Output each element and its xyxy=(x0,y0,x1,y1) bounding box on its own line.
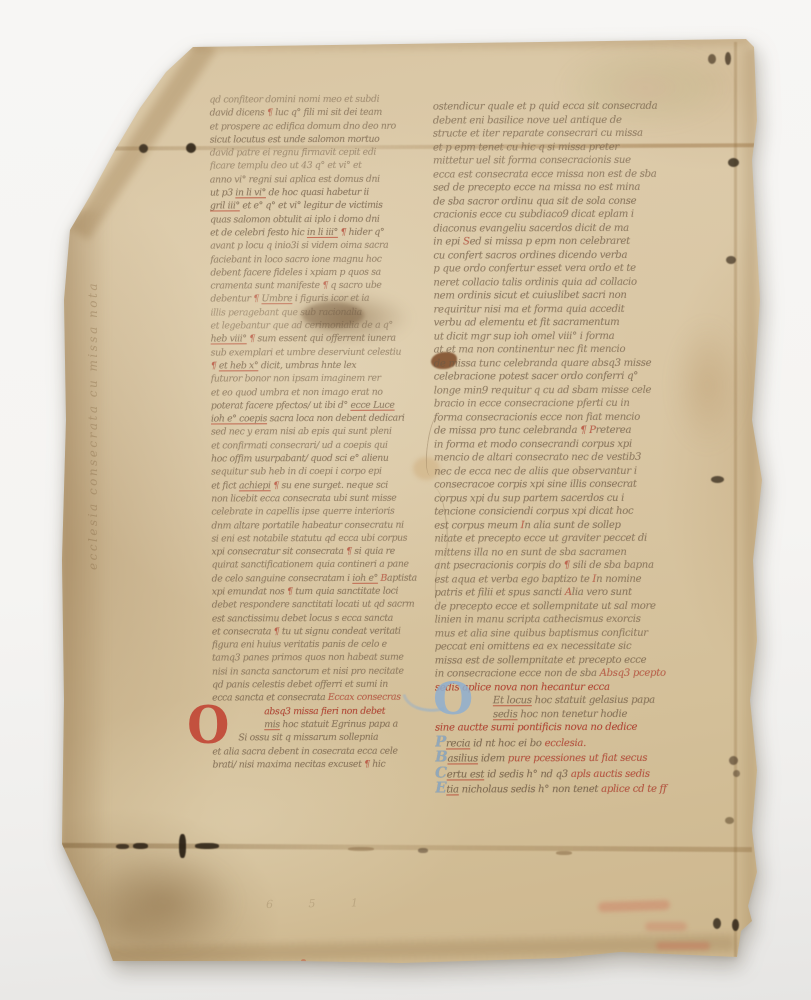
text-line: cracionis ecce cu subdiaco9 dicat eplam … xyxy=(433,208,713,222)
script-text: tia xyxy=(446,784,458,795)
script-text: heb viii° xyxy=(211,334,247,345)
script-text: mencio de altari consecrato nec de vesti… xyxy=(434,452,641,464)
script-text: qd confiteor domini nomi meo et subdi xyxy=(210,94,380,106)
script-text: mus et alia sine quibus baptismus confic… xyxy=(435,627,648,639)
text-line: poterat facere pfectos/ ut ibi d° ecce L… xyxy=(211,398,425,412)
text-line: non licebit ecca consecrata ubi sunt mis… xyxy=(211,491,425,505)
script-text: david patre ei regnu firmavit cepit edi xyxy=(210,147,376,159)
text-line: ant psecracionis corpis do ¶ sili de sba… xyxy=(434,559,714,573)
leaf-shadow-wrapper: ecclesia consecrata cu missa nota 6 5 1 … xyxy=(0,0,811,1000)
script-text: in forma et modo consecrandi corpus xpi xyxy=(434,438,632,450)
text-line: de sba sacror ordinu qua sit de sola con… xyxy=(433,194,713,208)
red-offset-ghost-3 xyxy=(656,942,710,950)
script-text: i figuris icor et ia xyxy=(292,293,369,304)
rubric-text: Eccax consecras xyxy=(328,692,401,703)
script-text: qd panis celestis debet offerri et sumi … xyxy=(212,679,388,691)
script-text: sicut locutus est unde salomon mortuo xyxy=(210,134,380,146)
text-line: bracio in ecce consecracione pferti cu i… xyxy=(434,397,714,411)
script-text: dicit, umbras hnte lex xyxy=(258,360,356,371)
text-line: xpi emundat nos ¶ tum quia sanctitate lo… xyxy=(212,585,426,599)
text-line: ficare templu deo ut 43 q° et vi° et xyxy=(210,159,424,173)
script-text: et de celebri festo hic xyxy=(210,227,307,238)
script-text: faciebant in loco sacro ione magnu hoc xyxy=(210,253,381,265)
edge-hole xyxy=(713,918,721,929)
fold-crease-vertical xyxy=(734,42,737,957)
script-text: id sedis h° nd q3 xyxy=(484,769,571,780)
text-line: Si ossu sit q missarum sollepnia xyxy=(212,731,426,745)
text-line: avant p locu q inio3i si videm oima sacr… xyxy=(210,239,424,253)
text-line: debent facere fideles i xpiam p quos sa xyxy=(210,265,424,279)
text-line: dnm altare portatile habeatur consecratu… xyxy=(211,518,425,532)
text-line: et alia sacra debent in cosecrata ecca c… xyxy=(212,744,426,758)
text-column-right: ostendicur quale et p quid ecca sit cons… xyxy=(433,100,715,797)
text-line: de missa tunc celebranda quare absq3 mis… xyxy=(434,356,714,370)
script-text: consecracoe corpis xpi sine illis consec… xyxy=(434,479,636,491)
red-initial-O: O xyxy=(187,703,229,749)
script-text: et consecrata xyxy=(212,626,274,637)
script-text: in epi xyxy=(433,236,463,247)
text-line: sub exemplari et umbre deserviunt celest… xyxy=(211,345,425,359)
rubric-text: pure pcessiones ut fiat secus xyxy=(508,753,647,764)
script-text: Luce xyxy=(373,399,395,410)
script-text: quas salomon obtulit ai iplo i domo dni xyxy=(210,213,379,225)
fold-crease-lower xyxy=(62,843,752,852)
text-line: linien in manu scripta cathecismus exorc… xyxy=(435,613,715,627)
script-text: de hoc quasi habetur ii xyxy=(266,187,369,198)
script-text: poterat facere pfectos/ ut ibi d° xyxy=(211,400,351,412)
script-text: nec de ecca nec de aliis que observantur… xyxy=(434,465,637,477)
script-text: achiepi xyxy=(239,480,271,491)
script-text: tu ut signu condeat veritati xyxy=(279,626,400,638)
text-line: Basilius idem pure pcessiones ut fiat se… xyxy=(435,750,715,766)
text-line: Precia id nt hoc ei bo ecclesia. xyxy=(435,734,715,750)
wormhole xyxy=(186,143,196,153)
corner-shade-bottom-left xyxy=(88,852,238,952)
text-line: heb viii° ¶ sum essent qui offerrent iun… xyxy=(211,332,425,346)
script-text: et e° q° et vi° legitur de victimis xyxy=(240,200,383,212)
script-text: est corpus meum xyxy=(434,520,520,531)
pen-trials: 6 5 1 xyxy=(266,896,374,911)
crease-mark xyxy=(556,851,572,855)
text-line: Certu est id sedis h° nd q3 apls auctis … xyxy=(435,765,715,781)
script-text: ecce xyxy=(350,400,373,411)
text-line: Etia nicholaus sedis h° non tenet aplice… xyxy=(435,781,715,797)
script-text: de precepto ecce et sollempnitate ut sal… xyxy=(435,600,656,612)
script-text: et heb x° xyxy=(219,360,258,371)
text-line: futuror bonor non ipsam imaginem rer xyxy=(211,372,425,386)
manuscript-leaf: ecclesia consecrata cu missa nota 6 5 1 … xyxy=(0,0,811,1000)
script-text: reterea xyxy=(596,425,632,436)
script-text: est sanctissimu debet locus s ecca sanct… xyxy=(212,612,393,624)
text-line: missa est de sollempnitate et precepto e… xyxy=(435,653,715,667)
text-line: et p epm tenet cu hic q si missa preter xyxy=(433,140,713,154)
text-line: nitate et precepto ecce ut graviter pecc… xyxy=(434,532,714,546)
wormhole xyxy=(139,144,148,153)
script-text: corpus xpi du sup partem sacerdos cu i xyxy=(434,492,624,504)
text-line: in consecracione ecce non de sba Absq3 p… xyxy=(435,667,715,681)
text-line: est sanctissimu debet locus s ecca sanct… xyxy=(212,611,426,625)
script-text: hoc statuit gelasius papa xyxy=(532,695,655,706)
text-line: de precepto ecce et sollempnitate ut sal… xyxy=(435,599,715,613)
script-text: avant p locu q inio3i si videm oima sacr… xyxy=(210,240,388,252)
red-offset-ghost-2 xyxy=(645,922,687,931)
text-line: sed de precepto ecce na missa no est min… xyxy=(433,181,713,195)
script-text: anno vi° regni sui aplica est domus dni xyxy=(210,174,380,186)
edge-hole xyxy=(732,919,739,931)
text-line: mittetur uel sit forma consecracionis su… xyxy=(433,154,713,168)
script-text: xpi consecratur sit consecrata xyxy=(211,546,346,558)
text-line: nem ordinis sicut et cuiuslibet sacri no… xyxy=(433,289,713,303)
text-line: celebracione potest sacer ordo conferri … xyxy=(434,370,714,384)
script-text: de missa pro tunc celebranda xyxy=(434,425,580,437)
script-text: nitate et precepto ecce ut graviter pecc… xyxy=(434,533,647,545)
script-text: et p epm tenet cu hic q si missa preter xyxy=(433,141,619,153)
script-text: de sba sacror ordinu qua sit de sola con… xyxy=(433,195,636,207)
script-text: sacra loca non debent dedicari xyxy=(267,413,405,425)
blue-initial-letter: C xyxy=(435,765,447,781)
script-text: p que ordo confertur esset vera ordo et … xyxy=(433,263,635,275)
text-line: gril iii° et e° q° et vi° legitur de vic… xyxy=(210,199,424,213)
text-line: faciebant in loco sacro ione magnu hoc xyxy=(210,252,424,266)
text-line: et de celebri festo hic in li iii° ¶ hid… xyxy=(210,226,424,240)
script-text: et prospere ac edifica domum dno deo nro xyxy=(210,120,396,132)
crease-slit xyxy=(418,848,428,853)
text-line: in forma et modo consecrandi corpus xpi xyxy=(434,437,714,451)
script-text: requiritur nisi ma et forma quia accedit xyxy=(433,303,624,315)
script-text: tencione consiciendi corpus xpi dicat ho… xyxy=(434,506,633,518)
script-text: n alia sunt de sollep xyxy=(524,519,620,530)
script-text: debentur xyxy=(210,294,253,305)
script-text: ioh e° coepis xyxy=(211,413,267,424)
text-line: in epi Sed si missa p epm non celebraret xyxy=(433,235,713,249)
text-line: mencio de altari consecrato nec de vesti… xyxy=(434,451,714,465)
text-line: sed nec y eram nisi ab epis qui sunt ple… xyxy=(211,425,425,439)
script-text: hoc non tenetur hodie xyxy=(517,708,627,719)
script-text: dnm altare portatile habeatur consecratu… xyxy=(211,519,403,531)
script-text: si eni est notabile statutu qd ecca ubi … xyxy=(211,532,407,544)
edge-hole xyxy=(725,52,731,65)
text-line: debet respondere sanctitati locati ut qd… xyxy=(212,598,426,612)
script-text: missa est de sollempnitate et precepto e… xyxy=(435,654,647,666)
script-text: ertu est xyxy=(447,769,484,780)
script-text: n nomine xyxy=(596,573,641,584)
rubric-text: ¶ P xyxy=(580,425,596,436)
text-line: quirat sanctificationem quia contineri a… xyxy=(212,558,426,572)
script-text: sedis xyxy=(493,709,518,720)
text-line: sequitur sub heb in di coepi i corpo epi xyxy=(211,465,425,479)
marginalia-vertical-note: ecclesia consecrata cu missa nota xyxy=(86,240,100,570)
text-line: xpi consecratur sit consecrata ¶ si quia… xyxy=(211,545,425,559)
script-text: et alia sacra debent in cosecrata ecca c… xyxy=(212,745,397,757)
text-line: et fict achiepi ¶ su ene surget. neque s… xyxy=(211,478,425,492)
text-line: de missa pro tunc celebranda ¶ Preterea xyxy=(434,424,714,438)
script-text: ecca est consecrata ecce missa non est d… xyxy=(433,168,656,180)
blue-initial-O: O xyxy=(433,680,473,720)
text-line: si eni est notabile statutu qd ecca ubi … xyxy=(211,531,425,545)
text-line: diaconus evangeliu sacerdos dicit de ma xyxy=(433,221,713,235)
script-text: et legebantur que ad cerimonialia de a q… xyxy=(211,320,393,332)
rubric-text: aplice cd te ff xyxy=(601,784,666,795)
edge-shade-right xyxy=(736,48,756,948)
script-text: su ene surget. neque sci xyxy=(279,479,388,490)
edge-hole xyxy=(733,770,740,777)
text-line: est aqua et verba ego baptizo te In nomi… xyxy=(434,572,714,586)
text-line: requiritur nisi ma et forma quia accedit xyxy=(433,302,713,316)
text-line: absq3 missa fieri non debet xyxy=(212,704,426,718)
text-line: ioh e° coepis sacra loca non debent dedi… xyxy=(211,412,425,426)
script-text: hic xyxy=(370,759,386,770)
text-line: david patre ei regnu firmavit cepit edi xyxy=(210,146,424,160)
text-line: p que ordo confertur esset vera ordo et … xyxy=(433,262,713,276)
script-text: debet respondere sanctitati locati ut qd… xyxy=(212,599,415,611)
text-line: neret collacio talis ordinis quia ad col… xyxy=(433,275,713,289)
script-text: patris et filii et spus sancti xyxy=(434,587,564,598)
script-text: ant psecracionis corpis do xyxy=(434,560,563,571)
text-column-left: qd confiteor domini nomi meo et subdidav… xyxy=(210,93,427,772)
text-line: debentur ¶ Umbre i figuris icor et ia xyxy=(210,292,424,306)
script-text: mis xyxy=(264,719,280,730)
text-line: est corpus meum In alia sunt de sollep xyxy=(434,518,714,532)
text-line: consecracoe corpis xpi sine illis consec… xyxy=(434,478,714,492)
script-text: est aqua et verba ego baptizo te xyxy=(434,573,592,585)
script-text: bracio in ecce consecracione pferti cu i… xyxy=(434,398,630,410)
script-text: xpi emundat nos xyxy=(212,586,287,597)
text-line: sedis aplice nova non hecantur ecca xyxy=(435,680,715,694)
rubric-text: Absq3 pcepto xyxy=(600,668,666,679)
blue-initial-letter: B xyxy=(435,750,447,766)
text-line: ecca sancta et consecrata Eccax consecra… xyxy=(212,691,426,705)
script-text: de missa tunc celebranda quare absq3 mis… xyxy=(434,357,652,369)
text-line: mittens illa no en sunt de sba sacramen xyxy=(434,545,714,559)
script-text: ostendicur quale et p quid ecca sit cons… xyxy=(433,101,658,113)
crease-slit xyxy=(116,844,129,849)
script-text: sequitur sub heb in di coepi i corpo epi xyxy=(211,466,382,478)
text-line: quas salomon obtulit ai iplo i domo dni xyxy=(210,212,424,226)
crease-mark xyxy=(348,847,374,851)
text-line: cramenta sunt manifeste ¶ q sacro ube xyxy=(210,279,424,293)
script-text: forma consecracionis ecce non fiat menci… xyxy=(434,411,640,423)
crease-slit-vertical xyxy=(179,834,186,858)
text-line: ut dicit mgr sup ioh omel viii° i forma xyxy=(434,329,714,343)
script-text: brati/ nisi maxima necitas excuset xyxy=(212,759,364,771)
text-line: corpus xpi du sup partem sacerdos cu i xyxy=(434,491,714,505)
text-line: nec de ecca nec de aliis que observantur… xyxy=(434,464,714,478)
script-text: et confirmati consecrari/ ud a coepis qu… xyxy=(211,439,388,451)
script-text: david dicens xyxy=(210,108,267,119)
text-line: david dicens ¶ luc q° fili mi sit dei te… xyxy=(210,106,424,120)
script-text: sili de sba bapna xyxy=(570,560,654,571)
text-line: et consecrata ¶ tu ut signu condeat veri… xyxy=(212,624,426,638)
text-line: sicut locutus est unde salomon mortuo xyxy=(210,132,424,146)
text-line: sine auctte sumi pontificis nova no dedi… xyxy=(435,721,715,735)
rubric-text: ecclesia. xyxy=(545,737,586,748)
script-text: ut p3 xyxy=(210,187,235,198)
script-text: in li vi° xyxy=(235,187,266,198)
script-text: q sacro ube xyxy=(328,280,382,291)
text-line: illis peragebant que sub racionalia xyxy=(210,305,424,319)
text-line: tencione consiciendi corpus xpi dicat ho… xyxy=(434,505,714,519)
script-text: ed si missa p epm non celebraret xyxy=(470,236,630,248)
script-text: linien in manu scripta cathecismus exorc… xyxy=(435,614,641,626)
red-offset-ghost-1 xyxy=(598,900,670,913)
photo-backdrop: ecclesia consecrata cu missa nota 6 5 1 … xyxy=(0,0,811,1000)
script-text: structe et iter reparate consecrari cu m… xyxy=(433,128,643,140)
script-text: nem ordinis sicut et cuiuslibet sacri no… xyxy=(433,290,626,302)
text-line: ¶ et heb x° dicit, umbras hnte lex xyxy=(211,358,425,372)
script-text: idem xyxy=(478,753,508,764)
text-line: qd panis celestis debet offerri et sumi … xyxy=(212,678,426,692)
text-line: peccat eni omittens ea ex necessitate si… xyxy=(435,640,715,654)
edge-shade-top xyxy=(190,35,750,51)
script-text: verbu ad elementu et fit sacramentum xyxy=(434,317,620,329)
script-text: sed de precepto ecce na missa no est min… xyxy=(433,182,640,194)
crease-slit xyxy=(133,843,148,849)
edge-hole xyxy=(728,158,739,167)
text-line: ut p3 in li vi° de hoc quasi habetur ii xyxy=(210,186,424,200)
text-line: nisi in sancta sanctorum et nisi pro nec… xyxy=(212,664,426,678)
text-line: et legebantur que ad cerimonialia de a q… xyxy=(211,319,425,333)
script-text: ficare templu deo ut 43 q° et vi° et xyxy=(210,160,362,172)
text-line: ecca est consecrata ecce missa non est d… xyxy=(433,167,713,181)
script-text: ut dicit mgr sup ioh omel viii° i forma xyxy=(434,330,615,342)
rubric-text: absq3 missa fieri non debet xyxy=(264,705,385,717)
edge-hole xyxy=(726,256,736,264)
text-line: anno vi° regni sui aplica est domus dni xyxy=(210,172,424,186)
text-line: et eo quod umbra et non imago erat no xyxy=(211,385,425,399)
script-text: celebracione potest sacer ordo conferri … xyxy=(434,371,638,383)
edge-hole xyxy=(725,817,734,824)
text-line: Et locus hoc statuit gelasius papa xyxy=(435,694,715,708)
text-line: at et ma non continentur nec fit mencio xyxy=(434,343,714,357)
script-text: illis peragebant que sub racionalia xyxy=(210,307,361,319)
script-text: futuror bonor non ipsam imaginem rer xyxy=(211,373,381,385)
script-text: Umbre xyxy=(261,294,292,305)
text-line: figura eni huius veritatis panis de celo… xyxy=(212,638,426,652)
script-text: aptista xyxy=(387,572,417,583)
text-line: hoc offim usurpabant/ quod sci e° alienu xyxy=(211,452,425,466)
script-text: celebrate in capellis ipse querre interi… xyxy=(211,506,394,518)
script-text: tum quia sanctitate loci xyxy=(293,586,399,597)
rubric-text: apls auctis sedis xyxy=(571,768,650,779)
text-line: tamq3 panes primos quos non habeat sume xyxy=(212,651,426,665)
text-line: mis hoc statuit Egrinus papa a xyxy=(212,717,426,731)
script-text: sub exemplari et umbre deserviunt celest… xyxy=(211,346,401,358)
text-line: qd confiteor domini nomi meo et subdi xyxy=(210,93,424,107)
red-dot-bottom xyxy=(301,959,306,963)
script-text: hider q° xyxy=(346,227,384,238)
script-text: hoc offim usurpabant/ quod sci e° alienu xyxy=(211,453,388,465)
text-line: et prospere ac edifica domum dno deo nro xyxy=(210,119,424,133)
script-text: in li iii° xyxy=(307,227,338,238)
script-text: figura eni huius veritatis panis de celo… xyxy=(212,639,387,651)
script-text: mittens illa no en sunt de sba sacramen xyxy=(434,546,626,558)
text-line: et confirmati consecrari/ ud a coepis qu… xyxy=(211,438,425,452)
script-text: mittetur uel sit forma consecracionis su… xyxy=(433,155,631,167)
script-text: longe min9 requitur q cu ad sbam misse c… xyxy=(434,384,651,396)
blue-initial-letter: E xyxy=(435,781,446,797)
script-text: recia xyxy=(446,738,470,749)
text-line: de celo sanguine consecratam i ioh e° Ba… xyxy=(212,571,426,585)
blue-initial-letter: P xyxy=(435,734,446,750)
edge-shade-bottom xyxy=(105,934,735,964)
text-line: brati/ nisi maxima necitas excuset ¶ hic xyxy=(212,757,426,771)
script-text: tamq3 panes primos quos non habeat sume xyxy=(212,652,404,664)
script-text: neret collacio talis ordinis quia ad col… xyxy=(433,276,636,288)
script-text: ioh e° xyxy=(352,572,378,583)
text-line: structe et iter reparate consecrari cu m… xyxy=(433,127,713,141)
script-text: cracionis ecce cu subdiaco9 dicat eplam … xyxy=(433,209,634,221)
script-text: ecca sancta et consecrata xyxy=(212,692,328,704)
script-text: peccat eni omittens ea ex necessitate si… xyxy=(435,641,632,653)
edge-stitch xyxy=(753,159,762,165)
script-text: debent eni basilice nove uel antique de xyxy=(433,114,622,126)
script-text: lia vero sunt xyxy=(572,587,632,598)
script-text: sum essent qui offerrent iunera xyxy=(255,333,396,345)
script-text: Et locus xyxy=(493,695,532,706)
script-text: nisi in sancta sanctorum et nisi pro nec… xyxy=(212,665,404,677)
script-text: et eo quod umbra et non imago erat no xyxy=(211,386,383,398)
edge-shade-topleft-slant xyxy=(70,37,217,240)
text-line: patris et filii et spus sancti Alia vero… xyxy=(434,586,714,600)
script-text: at et ma non continentur nec fit mencio xyxy=(434,344,626,356)
edge-shade-left xyxy=(60,210,108,950)
script-text: de celo sanguine consecratam i xyxy=(212,573,353,585)
rubric-text: ¶ xyxy=(211,360,217,371)
script-text: luc q° fili mi sit dei team xyxy=(273,107,382,118)
edge-hole xyxy=(729,756,738,765)
script-text: asilius xyxy=(447,753,478,764)
script-text: id nt hoc ei bo xyxy=(470,738,544,749)
crease-slit xyxy=(195,843,219,849)
script-text: gril iii° xyxy=(210,201,240,212)
text-line: longe min9 requitur q cu ad sbam misse c… xyxy=(434,383,714,397)
text-line: celebrate in capellis ipse querre interi… xyxy=(211,505,425,519)
script-text: nicholaus sedis h° non tenet xyxy=(459,784,601,795)
script-text: Si ossu sit q missarum sollepnia xyxy=(238,732,378,744)
text-line: ostendicur quale et p quid ecca sit cons… xyxy=(433,100,713,114)
text-line: verbu ad elementu et fit sacramentum xyxy=(434,316,714,330)
script-text: cu confert sacros ordines dicendo verba xyxy=(433,249,627,261)
script-text: debent facere fideles i xpiam p quos sa xyxy=(210,267,381,279)
script-text: diaconus evangeliu sacerdos dicit de ma xyxy=(433,222,629,234)
script-text: non licebit ecca consecrata ubi sunt mis… xyxy=(211,493,396,505)
edge-hole xyxy=(708,54,716,64)
script-text: si quia re xyxy=(352,546,395,557)
text-line: debent eni basilice nove uel antique de xyxy=(433,113,713,127)
text-line: mus et alia sine quibus baptismus confic… xyxy=(435,626,715,640)
script-text: et fict xyxy=(211,480,239,491)
text-line: forma consecracionis ecce non fiat menci… xyxy=(434,410,714,424)
script-text: quirat sanctificationem quia contineri a… xyxy=(212,559,409,571)
script-text: sed nec y eram nisi ab epis qui sunt ple… xyxy=(211,426,392,438)
script-text: cramenta sunt manifeste xyxy=(210,280,322,291)
text-line: sedis hoc non tenetur hodie xyxy=(435,707,715,721)
text-line: cu confert sacros ordines dicendo verba xyxy=(433,248,713,262)
script-text: hoc statuit Egrinus papa a xyxy=(280,719,398,731)
